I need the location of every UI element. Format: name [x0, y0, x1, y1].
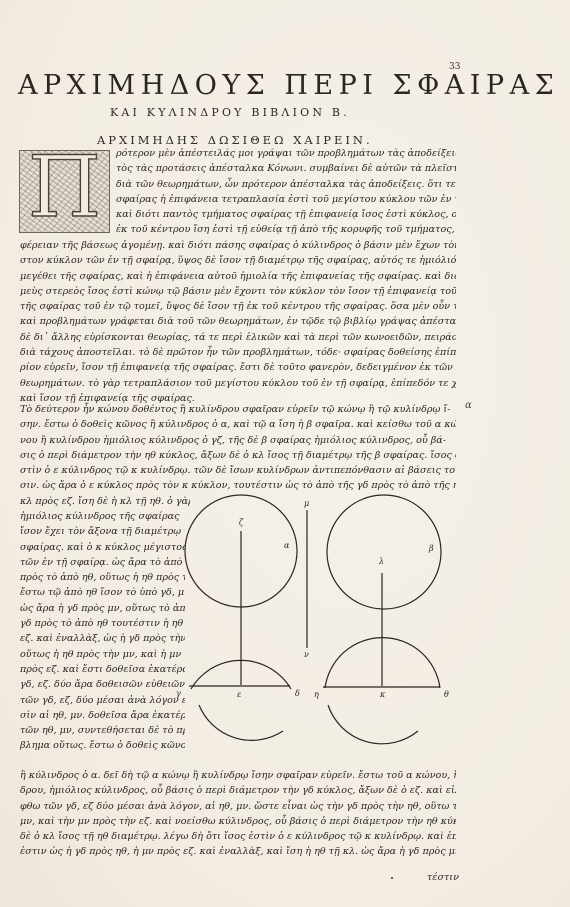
label-eta: η — [314, 690, 319, 699]
label-alpha: α — [284, 541, 290, 550]
label-gamma: γ — [176, 689, 181, 698]
book-page: 33 ΑΡΧΙΜΗΔΟΥΣ ΠΕΡΙ ΣΦΑΙΡΑΣ ΚΑΙ ΚΥΛΙΝΔΡΟΥ… — [0, 0, 570, 907]
label-nu: ν — [304, 650, 309, 659]
label-theta: θ — [444, 690, 449, 699]
label-zeta: ζ — [239, 518, 244, 527]
label-beta: β — [428, 544, 434, 553]
label-delta: δ — [295, 689, 300, 698]
right-upper-circle — [327, 495, 441, 609]
label-lambda: λ — [378, 557, 384, 566]
geometric-figure: ζ α γ ε δ μ ν λ β η κ θ — [0, 0, 570, 907]
label-epsilon: ε — [237, 690, 241, 699]
label-mu: μ — [304, 499, 309, 508]
label-kappa: κ — [379, 690, 386, 699]
